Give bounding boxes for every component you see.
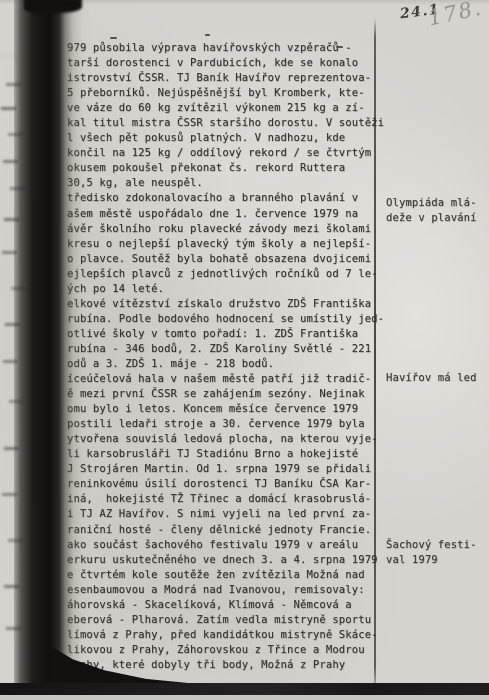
typed-line: končil na 125 kg / oddílový rekord / se … <box>67 146 384 161</box>
typed-line: omu bylo i letos. Koncem měsíce července… <box>67 402 384 417</box>
typed-line: ašem městě uspořádalo dne 1. července 19… <box>67 207 384 222</box>
typed-line: ých po 14 leté. <box>67 282 384 297</box>
margin-note-line: deže v plavání <box>386 211 477 226</box>
typed-line: eberová - Plharová. Zatím vedla mistryně… <box>67 613 384 628</box>
typed-line: raniční hosté - členy dělnické jednoty F… <box>67 523 384 538</box>
typed-text-block: 979 působila výprava havířovských vzpěra… <box>67 41 384 673</box>
typed-line: odů a 3. ZDŠ 1. máje - 218 bodů. <box>67 357 384 372</box>
typed-line: 5 přeborníků. Nejúspěšnější byl Kromberk… <box>67 86 384 101</box>
typed-line: ejlepších plavců z jednotlivých ročníků … <box>67 267 384 282</box>
typed-line: kresu o nejlepší plavecký tým školy a ne… <box>67 237 384 252</box>
paper-speck <box>336 46 343 48</box>
typed-line: íceúčelová hala v našem městě patří již … <box>67 372 384 387</box>
typed-line: rubína - 346 bodů, 2. ZDŠ Karoliny Světl… <box>67 342 384 357</box>
typed-line: ávěr školního roku plavecké závody mezi … <box>67 222 384 237</box>
margin-note-line: Olympiáda mlá- <box>386 196 477 211</box>
typed-line: tarší dorostenci v Pardubicích, kde se k… <box>67 56 384 71</box>
typed-line: Prahy, které dobyly tři body, Možná z Pr… <box>67 658 384 673</box>
typed-line: áhorovská - Skacelíková, Klímová - Němco… <box>67 598 384 613</box>
paper-speck <box>205 34 210 36</box>
typed-line: límová z Prahy, před kandidátkou mistryn… <box>67 628 384 643</box>
binding-shadow <box>14 0 92 700</box>
typed-line: reninkovému úsilí dorostenci TJ Baníku Č… <box>67 477 384 492</box>
scan-bottom-edge <box>0 683 489 695</box>
typed-line: esenbaumovou a Modrá nad Ivanovou, remis… <box>67 583 384 598</box>
typed-line: 30,5 kg, ale neuspěl. <box>67 176 384 191</box>
chronicle-page: 979 působila výprava havířovských vzpěra… <box>0 0 489 700</box>
typed-line: likovou z Prahy, Záhorovskou z Třince a … <box>67 643 384 658</box>
margin-note-ice: Havířov má led <box>386 371 477 386</box>
typed-line: rubína. Podle bodového hodnocení se umís… <box>67 312 384 327</box>
typed-line: e čtvrtém kole soutěže žen zvítězila Mož… <box>67 568 384 583</box>
typed-line: l všech pět pokusů platných. V nadhozu, … <box>67 131 384 146</box>
binding-ghost-marks <box>2 55 17 58</box>
typed-line: postili ledaři stroje a 30. července 197… <box>67 417 384 432</box>
margin-note-line: val 1979 <box>386 553 477 568</box>
typed-line: o plavce. Soutěž byla bohatě obsazena dv… <box>67 252 384 267</box>
margin-note-line: Havířov má led <box>386 371 477 386</box>
typed-line: ve váze do 60 kg zvítězil výkonem 215 kg… <box>67 101 384 116</box>
typed-line: istrovství ČSSR. TJ Baník Havířov reprez… <box>67 71 384 86</box>
typed-line: tředisko zdokonalovacího a branného plav… <box>67 191 384 206</box>
typed-line: li karsobrusláři TJ Stadiónu Brno a hoke… <box>67 447 384 462</box>
typed-line: otlivé školy v tomto pořadí: 1. ZDŠ Fran… <box>67 327 384 342</box>
typed-line: iná, hokejisté TŽ Třinec a domácí krasob… <box>67 492 384 507</box>
typed-line: okusem pokoušel překonat čs. rekord Rutt… <box>67 161 384 176</box>
typed-line: kal titul mistra ČSSR staršího dorostu. … <box>67 116 384 131</box>
margin-note-chess: Šachový festi- val 1979 <box>386 538 477 568</box>
typed-line: i TJ AZ Havířov. S nimi vyjeli na led pr… <box>67 507 384 522</box>
paper-speck <box>110 37 117 39</box>
binding-shadow-top <box>24 0 82 13</box>
typed-line: J Strojáren Martin. Od 1. srpna 1979 se … <box>67 462 384 477</box>
scan-bottom-strip <box>0 695 489 700</box>
typed-line: ako součást šachového festivalu 1979 v a… <box>67 538 384 553</box>
typed-line: 979 působila výprava havířovských vzpěra… <box>67 41 384 56</box>
typed-line: ě mezi první ČSSR se zahájením sezóny. N… <box>67 387 384 402</box>
typed-line: elkové vítězství získalo družstvo ZDŠ Fr… <box>67 297 384 312</box>
margin-note-line: Šachový festi- <box>386 538 477 553</box>
margin-note-swimming: Olympiáda mlá- deže v plavání <box>386 196 477 226</box>
typed-line: erkuru uskutečněného ve dnech 3. a 4. sr… <box>67 553 384 568</box>
typed-line: ytvořena souvislá ledová plocha, na kter… <box>67 432 384 447</box>
